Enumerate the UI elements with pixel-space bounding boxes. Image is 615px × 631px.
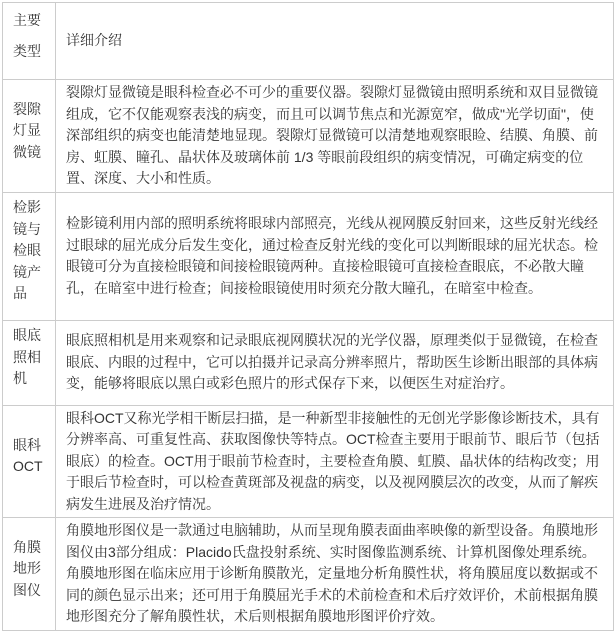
- page: 主要 类型 详细介绍 裂隙灯显微镜 裂隙灯显微镜是眼科检查必不可少的重要仪器。裂…: [0, 0, 615, 617]
- detail-text: 检影镜利用内部的照明系统将眼球内部照亮，光线从视网膜反射回来，这些反射光线经过眼…: [66, 215, 598, 296]
- type-cell: 眼底照相机: [3, 320, 56, 405]
- table-row-corneal-topographer: 角膜地形图仪 角膜地形图仪是一款通过电脑辅助，从而呈现角膜表面曲率映像的新型设备…: [3, 518, 614, 631]
- header-cell-type: 主要 类型: [3, 3, 56, 80]
- detail-text: 角膜地形图仪是一款通过电脑辅助，从而呈现角膜表面曲率映像的新型设备。角膜地形图仪…: [66, 522, 598, 624]
- table-header-row: 主要 类型 详细介绍: [3, 3, 614, 80]
- type-label: 检影镜与检眼镜产品: [13, 197, 45, 305]
- ophthalmic-equipment-table: 主要 类型 详细介绍 裂隙灯显微镜 裂隙灯显微镜是眼科检查必不可少的重要仪器。裂…: [2, 2, 614, 631]
- table-row-oct: 眼科OCT 眼科OCT又称光学相干断层扫描，是一种新型非接触性的无创光学影像诊断…: [3, 405, 614, 518]
- type-label: 角膜地形图仪: [13, 537, 45, 602]
- table-row-retinoscope: 检影镜与检眼镜产品 检影镜利用内部的照明系统将眼球内部照亮，光线从视网膜反射回来…: [3, 192, 614, 320]
- table-row-slit-lamp: 裂隙灯显微镜 裂隙灯显微镜是眼科检查必不可少的重要仪器。裂隙灯显微镜由照明系统和…: [3, 80, 614, 193]
- type-cell: 检影镜与检眼镜产品: [3, 192, 56, 320]
- detail-text: 眼科OCT又称光学相干断层扫描，是一种新型非接触性的无创光学影像诊断技术，具有分…: [66, 410, 600, 512]
- detail-cell: 眼科OCT又称光学相干断层扫描，是一种新型非接触性的无创光学影像诊断技术，具有分…: [56, 405, 614, 518]
- header-type-line2: 类型: [13, 41, 45, 63]
- type-cell: 眼科OCT: [3, 405, 56, 518]
- type-label: 眼底照相机: [13, 325, 45, 390]
- header-cell-detail: 详细介绍: [56, 3, 614, 80]
- detail-cell: 裂隙灯显微镜是眼科检查必不可少的重要仪器。裂隙灯显微镜由照明系统和双目显微镜组成…: [56, 80, 614, 193]
- detail-text: 眼底照相机是用来观察和记录眼底视网膜状况的光学仪器，原理类似于显微镜，在检查眼底…: [66, 332, 598, 391]
- detail-cell: 角膜地形图仪是一款通过电脑辅助，从而呈现角膜表面曲率映像的新型设备。角膜地形图仪…: [56, 518, 614, 631]
- header-detail-label: 详细介绍: [66, 32, 122, 48]
- type-cell: 角膜地形图仪: [3, 518, 56, 631]
- header-type-line1: 主要: [13, 10, 45, 32]
- detail-text: 裂隙灯显微镜是眼科检查必不可少的重要仪器。裂隙灯显微镜由照明系统和双目显微镜组成…: [66, 84, 598, 186]
- type-label: 裂隙灯显微镜: [13, 99, 45, 164]
- type-label: 眼科OCT: [13, 435, 45, 478]
- table-row-fundus-camera: 眼底照相机 眼底照相机是用来观察和记录眼底视网膜状况的光学仪器，原理类似于显微镜…: [3, 320, 614, 405]
- detail-cell: 检影镜利用内部的照明系统将眼球内部照亮，光线从视网膜反射回来，这些反射光线经过眼…: [56, 192, 614, 320]
- type-cell: 裂隙灯显微镜: [3, 80, 56, 193]
- detail-cell: 眼底照相机是用来观察和记录眼底视网膜状况的光学仪器，原理类似于显微镜，在检查眼底…: [56, 320, 614, 405]
